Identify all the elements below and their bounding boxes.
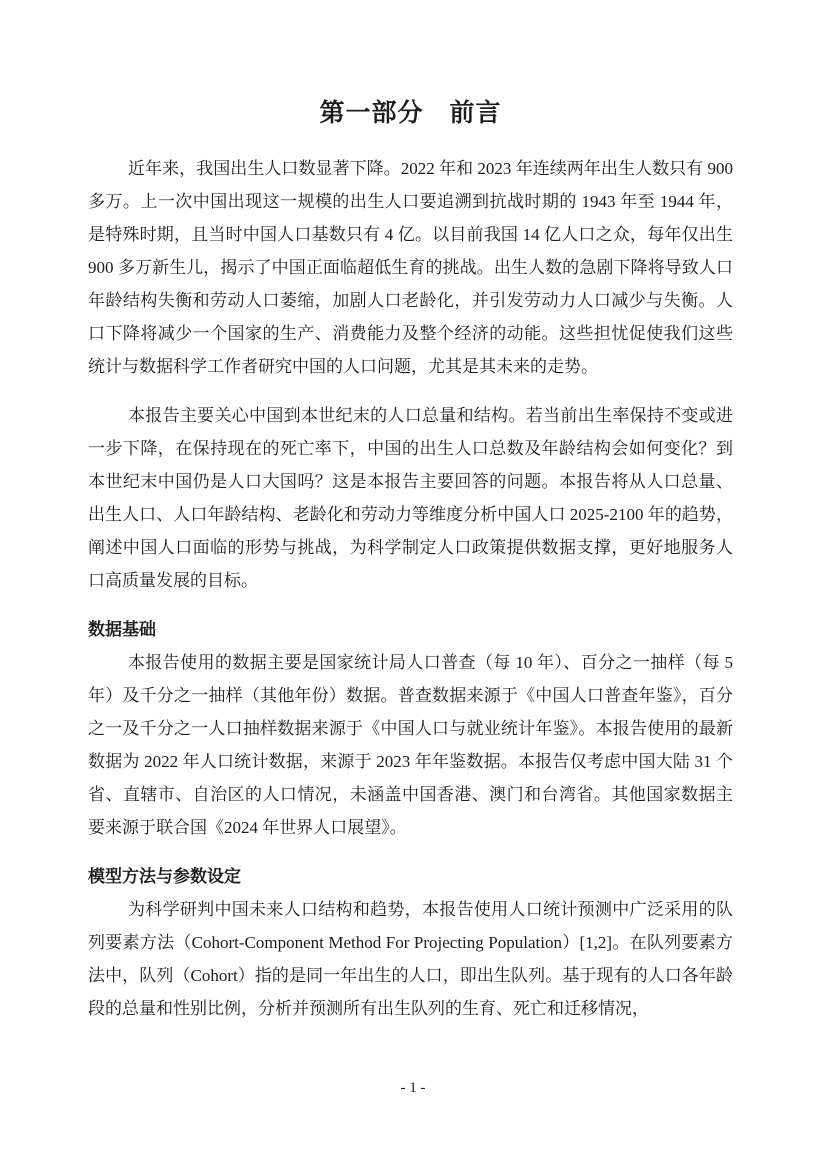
section-model-method-paragraph: 为科学研判中国未来人口结构和趋势，本报告使用人口统计预测中广泛采用的队列要素方法… xyxy=(88,893,733,1025)
page-number: - 1 - xyxy=(0,1078,826,1098)
document-page: 第一部分 前言 近年来，我国出生人口数显著下降。2022 年和 2023 年连续… xyxy=(0,0,826,1169)
intro-paragraph-1: 近年来，我国出生人口数显著下降。2022 年和 2023 年连续两年出生人数只有… xyxy=(88,152,733,383)
section-heading-model-method: 模型方法与参数设定 xyxy=(88,860,733,893)
section-heading-data-basis: 数据基础 xyxy=(88,613,733,646)
section-data-basis-paragraph: 本报告使用的数据主要是国家统计局人口普查（每 10 年）、百分之一抽样（每 5 … xyxy=(88,646,733,844)
page-title: 第一部分 前言 xyxy=(88,98,733,128)
intro-paragraph-2: 本报告主要关心中国到本世纪末的人口总量和结构。若当前出生率保持不变或进一步下降，… xyxy=(88,399,733,597)
